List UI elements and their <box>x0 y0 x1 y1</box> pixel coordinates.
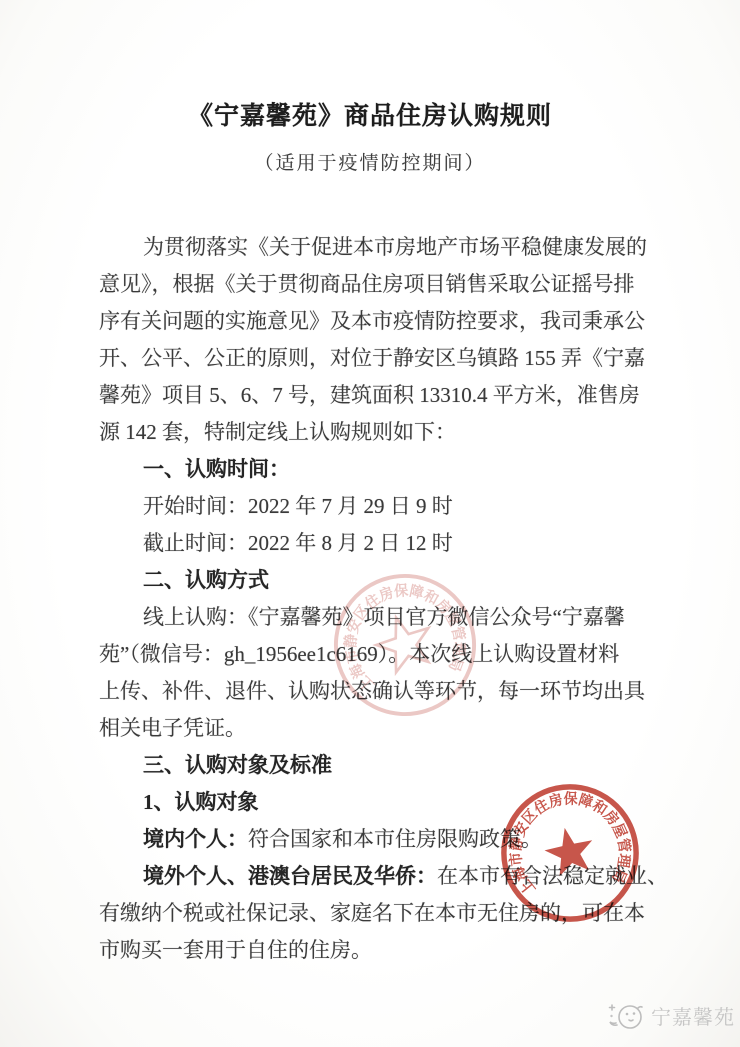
doc-line: 二、认购方式 <box>99 562 651 599</box>
doc-line: 境内个人：符合国家和本市住房限购政策。 <box>99 821 651 858</box>
doc-line-text: 有缴纳个税或社保记录、家庭名下在本市无住房的，可在本 <box>99 901 645 925</box>
doc-line-text: 相关电子凭证。 <box>99 716 246 740</box>
brand-watermark: 宁嘉馨苑 <box>608 999 735 1031</box>
doc-line: 有缴纳个税或社保记录、家庭名下在本市无住房的，可在本 <box>99 895 651 932</box>
brand-watermark-label: 宁嘉馨苑 <box>651 1001 735 1030</box>
doc-line-text: 馨苑》项目 5、6、7 号，建筑面积 13310.4 平方米，准售房 <box>99 383 640 407</box>
doc-line-text: 为贯彻落实《关于促进本市房地产市场平稳健康发展的 <box>143 235 647 259</box>
doc-line-text: 截止时间：2022 年 8 月 2 日 12 时 <box>143 531 453 555</box>
brand-mascot-icon <box>608 999 646 1031</box>
doc-line: 三、认购对象及标准 <box>99 747 651 784</box>
doc-line: 相关电子凭证。 <box>99 710 651 747</box>
doc-line-text: 序有关问题的实施意见》及本市疫情防控要求，我司秉承公 <box>99 309 645 333</box>
doc-line: 开、公平、公正的原则，对位于静安区乌镇路 155 弄《宁嘉 <box>99 340 651 377</box>
doc-line-lead: 境内个人： <box>143 827 248 851</box>
document-subtitle: （适用于疫情防控期间） <box>0 148 740 175</box>
document-body: 为贯彻落实《关于促进本市房地产市场平稳健康发展的意见》，根据《关于贯彻商品住房项… <box>99 229 651 969</box>
doc-line-text: 在本市有合法稳定就业、 <box>437 864 668 888</box>
doc-line: 源 142 套，特制定线上认购规则如下： <box>99 414 651 451</box>
doc-line: 馨苑》项目 5、6、7 号，建筑面积 13310.4 平方米，准售房 <box>99 377 651 414</box>
doc-line-text: 意见》，根据《关于贯彻商品住房项目销售采取公证摇号排 <box>99 272 635 296</box>
doc-line: 截止时间：2022 年 8 月 2 日 12 时 <box>99 525 651 562</box>
doc-line: 为贯彻落实《关于促进本市房地产市场平稳健康发展的 <box>99 229 651 266</box>
document-page: 《宁嘉馨苑》商品住房认购规则 （适用于疫情防控期间） 为贯彻落实《关于促进本市房… <box>0 0 740 1047</box>
doc-line-text: 线上认购：《宁嘉馨苑》项目官方微信公众号“宁嘉馨 <box>143 605 625 629</box>
doc-line-text: 市购买一套用于自住的住房。 <box>99 938 372 962</box>
doc-line: 意见》，根据《关于贯彻商品住房项目销售采取公证摇号排 <box>99 266 651 303</box>
doc-line-text: 苑”（微信号：gh_1956ee1c6169）。本次线上认购设置材料 <box>99 642 619 666</box>
doc-line-lead: 1、认购对象 <box>143 790 259 814</box>
doc-line-lead: 一、认购时间： <box>143 458 290 481</box>
doc-line: 开始时间：2022 年 7 月 29 日 9 时 <box>99 488 651 525</box>
doc-line: 境外个人、港澳台居民及华侨：在本市有合法稳定就业、 <box>99 858 651 895</box>
doc-line-text: 上传、补件、退件、认购状态确认等环节，每一环节均出具 <box>99 679 645 703</box>
doc-line-text: 符合国家和本市住房限购政策。 <box>248 827 542 851</box>
doc-line-text: 源 142 套，特制定线上认购规则如下： <box>99 420 456 444</box>
doc-line-lead: 境外个人、港澳台居民及华侨： <box>143 864 437 888</box>
doc-line-text: 开、公平、公正的原则，对位于静安区乌镇路 155 弄《宁嘉 <box>99 346 645 370</box>
doc-line: 1、认购对象 <box>99 784 651 821</box>
doc-line: 序有关问题的实施意见》及本市疫情防控要求，我司秉承公 <box>99 303 651 340</box>
doc-line: 上传、补件、退件、认购状态确认等环节，每一环节均出具 <box>99 673 651 710</box>
doc-line: 苑”（微信号：gh_1956ee1c6169）。本次线上认购设置材料 <box>99 636 651 673</box>
doc-line: 线上认购：《宁嘉馨苑》项目官方微信公众号“宁嘉馨 <box>99 599 651 636</box>
doc-line: 市购买一套用于自住的住房。 <box>99 932 651 969</box>
document-title: 《宁嘉馨苑》商品住房认购规则 <box>0 96 740 132</box>
doc-line-lead: 二、认购方式 <box>143 569 269 592</box>
doc-line-lead: 三、认购对象及标准 <box>143 754 332 777</box>
doc-line: 一、认购时间： <box>99 451 651 488</box>
doc-line-text: 开始时间：2022 年 7 月 29 日 9 时 <box>143 494 453 518</box>
